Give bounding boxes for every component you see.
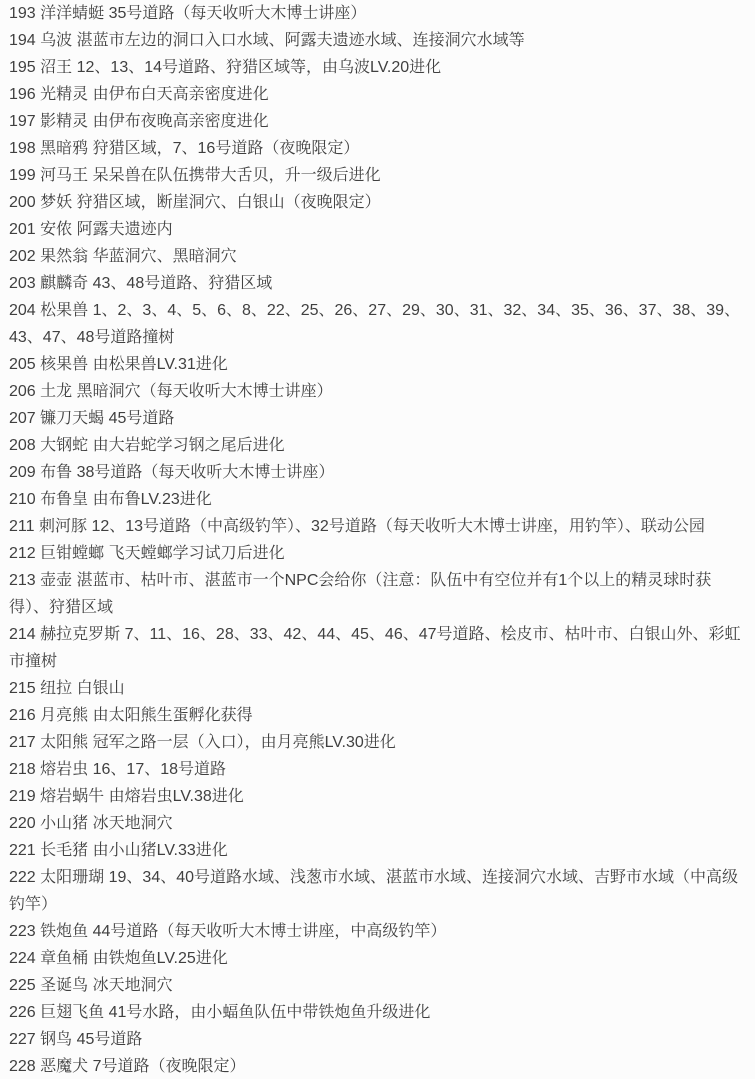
entry-name: 章鱼桶 (40, 950, 88, 967)
entry-number: 208 (9, 437, 36, 454)
entry-name: 安侬 (40, 221, 72, 238)
entry-number: 219 (9, 788, 36, 805)
entry-number: 196 (9, 86, 36, 103)
entry-name: 熔岩虫 (40, 761, 88, 778)
entry-location: 7号道路（夜晚限定） (93, 1058, 246, 1075)
entry-name: 果然翁 (40, 248, 88, 265)
entry-number: 200 (9, 194, 36, 211)
pokedex-entry: 198 黑暗鸦 狩猎区域，7、16号道路（夜晚限定） (9, 135, 747, 162)
entry-number: 207 (9, 410, 36, 427)
entry-name: 布鲁 (40, 464, 72, 481)
entry-name: 麒麟奇 (40, 275, 88, 292)
pokedex-entry: 228 恶魔犬 7号道路（夜晚限定） (9, 1053, 747, 1079)
pokedex-entry: 221 长毛猪 由小山猪LV.33进化 (9, 837, 747, 864)
entry-number: 210 (9, 491, 36, 508)
entry-location: 由小山猪LV.33进化 (93, 842, 228, 859)
entry-name: 铁炮鱼 (40, 923, 88, 940)
entry-name: 洋洋蜻蜓 (40, 5, 104, 22)
entry-number: 215 (9, 680, 36, 697)
entry-name: 太阳珊瑚 (40, 869, 104, 886)
entry-number: 206 (9, 383, 36, 400)
pokedex-entry: 205 核果兽 由松果兽LV.31进化 (9, 351, 747, 378)
pokedex-entry: 215 纽拉 白银山 (9, 675, 747, 702)
entry-location: 12、13号道路（中高级钓竿）、32号道路（每天收听大木博士讲座，用钓竿）、联动… (91, 518, 704, 535)
pokedex-entry: 224 章鱼桶 由铁炮鱼LV.25进化 (9, 945, 747, 972)
entry-number: 209 (9, 464, 36, 481)
pokedex-entry: 220 小山猪 冰天地洞穴 (9, 810, 747, 837)
entry-location: 由太阳熊生蛋孵化获得 (93, 707, 253, 724)
pokemon-location-list: 193 洋洋蜻蜓 35号道路（每天收听大木博士讲座）194 乌波 湛蓝市左边的洞… (9, 0, 747, 1079)
entry-name: 钢鸟 (40, 1031, 72, 1048)
pokedex-entry: 218 熔岩虫 16、17、18号道路 (9, 756, 747, 783)
entry-name: 熔岩蜗牛 (40, 788, 104, 805)
entry-location: 飞天螳螂学习试刀后进化 (109, 545, 285, 562)
pokedex-entry: 202 果然翁 华蓝洞穴、黑暗洞穴 (9, 243, 747, 270)
pokedex-entry: 212 巨钳螳螂 飞天螳螂学习试刀后进化 (9, 540, 747, 567)
entry-number: 195 (9, 59, 36, 76)
entry-number: 224 (9, 950, 36, 967)
entry-location: 12、13、14号道路、狩猎区域等，由乌波LV.20进化 (77, 59, 442, 76)
entry-location: 45号道路 (109, 410, 175, 427)
entry-location: 16、17、18号道路 (93, 761, 226, 778)
entry-number: 193 (9, 5, 36, 22)
pokedex-entry: 193 洋洋蜻蜓 35号道路（每天收听大木博士讲座） (9, 0, 747, 27)
entry-location: 41号水路，由小蝠鱼队伍中带铁炮鱼升级进化 (109, 1004, 431, 1021)
entry-name: 光精灵 (40, 86, 88, 103)
entry-location: 19、34、40号道路水域、浅葱市水域、湛蓝市水域、连接洞穴水域、吉野市水域（中… (9, 869, 738, 913)
pokedex-entry: 203 麒麟奇 43、48号道路、狩猎区域 (9, 270, 747, 297)
entry-location: 由铁炮鱼LV.25进化 (93, 950, 228, 967)
entry-name: 太阳熊 (40, 734, 88, 751)
pokedex-entry: 219 熔岩蜗牛 由熔岩虫LV.38进化 (9, 783, 747, 810)
entry-location: 湛蓝市左边的洞口入口水域、阿露夫遗迹水域、连接洞穴水域等 (77, 32, 525, 49)
entry-location: 45号道路 (77, 1031, 143, 1048)
entry-name: 河马王 (40, 167, 88, 184)
pokedex-entry: 222 太阳珊瑚 19、34、40号道路水域、浅葱市水域、湛蓝市水域、连接洞穴水… (9, 864, 747, 918)
pokedex-entry: 217 太阳熊 冠军之路一层（入口），由月亮熊LV.30进化 (9, 729, 747, 756)
entry-number: 203 (9, 275, 36, 292)
pokedex-entry: 208 大钢蛇 由大岩蛇学习钢之尾后进化 (9, 432, 747, 459)
pokedex-entry: 196 光精灵 由伊布白天高亲密度进化 (9, 81, 747, 108)
entry-number: 214 (9, 626, 36, 643)
pokedex-entry: 200 梦妖 狩猎区域，断崖洞穴、白银山（夜晚限定） (9, 189, 747, 216)
entry-number: 201 (9, 221, 36, 238)
entry-number: 212 (9, 545, 36, 562)
entry-name: 黑暗鸦 (40, 140, 88, 157)
entry-number: 217 (9, 734, 36, 751)
entry-name: 布鲁皇 (40, 491, 88, 508)
entry-number: 194 (9, 32, 36, 49)
pokedex-entry: 199 河马王 呆呆兽在队伍携带大舌贝，升一级后进化 (9, 162, 747, 189)
entry-number: 197 (9, 113, 36, 130)
pokedex-entry: 216 月亮熊 由太阳熊生蛋孵化获得 (9, 702, 747, 729)
entry-number: 202 (9, 248, 36, 265)
entry-location: 43、48号道路、狩猎区域 (93, 275, 273, 292)
entry-number: 228 (9, 1058, 36, 1075)
entry-location: 华蓝洞穴、黑暗洞穴 (93, 248, 237, 265)
entry-location: 阿露夫遗迹内 (77, 221, 173, 238)
entry-name: 大钢蛇 (40, 437, 88, 454)
entry-number: 223 (9, 923, 36, 940)
entry-location: 冠军之路一层（入口），由月亮熊LV.30进化 (93, 734, 396, 751)
entry-number: 211 (9, 518, 35, 535)
entry-name: 小山猪 (40, 815, 88, 832)
entry-number: 204 (9, 302, 36, 319)
pokedex-entry: 214 赫拉克罗斯 7、11、16、28、33、42、44、45、46、47号道… (9, 621, 747, 675)
entry-number: 221 (9, 842, 36, 859)
entry-name: 长毛猪 (40, 842, 88, 859)
entry-name: 核果兽 (40, 356, 88, 373)
entry-name: 月亮熊 (40, 707, 88, 724)
entry-location: 44号道路（每天收听大木博士讲座，中高级钓竿） (93, 923, 447, 940)
pokedex-entry: 197 影精灵 由伊布夜晚高亲密度进化 (9, 108, 747, 135)
pokedex-entry: 213 壶壶 湛蓝市、枯叶市、湛蓝市一个NPC会给你（注意：队伍中有空位并有1个… (9, 567, 747, 621)
entry-location: 由松果兽LV.31进化 (93, 356, 228, 373)
entry-number: 199 (9, 167, 36, 184)
entry-location: 由熔岩虫LV.38进化 (109, 788, 244, 805)
pokedex-entry: 209 布鲁 38号道路（每天收听大木博士讲座） (9, 459, 747, 486)
entry-number: 227 (9, 1031, 36, 1048)
entry-name: 镰刀天蝎 (40, 410, 104, 427)
pokedex-entry: 225 圣诞鸟 冰天地洞穴 (9, 972, 747, 999)
pokedex-entry: 226 巨翅飞鱼 41号水路，由小蝠鱼队伍中带铁炮鱼升级进化 (9, 999, 747, 1026)
pokedex-entry: 206 土龙 黑暗洞穴（每天收听大木博士讲座） (9, 378, 747, 405)
entry-location: 湛蓝市、枯叶市、湛蓝市一个NPC会给你（注意：队伍中有空位并有1个以上的精灵球时… (9, 572, 711, 616)
entry-location: 冰天地洞穴 (93, 815, 173, 832)
pokedex-entry: 204 松果兽 1、2、3、4、5、6、8、22、25、26、27、29、30、… (9, 297, 747, 351)
entry-number: 226 (9, 1004, 36, 1021)
entry-location: 35号道路（每天收听大木博士讲座） (109, 5, 367, 22)
pokedex-entry: 227 钢鸟 45号道路 (9, 1026, 747, 1053)
entry-name: 影精灵 (40, 113, 88, 130)
entry-location: 由大岩蛇学习钢之尾后进化 (93, 437, 285, 454)
pokedex-entry: 223 铁炮鱼 44号道路（每天收听大木博士讲座，中高级钓竿） (9, 918, 747, 945)
pokedex-entry: 211 刺河豚 12、13号道路（中高级钓竿）、32号道路（每天收听大木博士讲座… (9, 513, 747, 540)
pokedex-entry: 207 镰刀天蝎 45号道路 (9, 405, 747, 432)
entry-name: 赫拉克罗斯 (40, 626, 120, 643)
entry-number: 205 (9, 356, 36, 373)
entry-location: 黑暗洞穴（每天收听大木博士讲座） (77, 383, 333, 400)
entry-number: 216 (9, 707, 36, 724)
entry-name: 松果兽 (40, 302, 88, 319)
entry-name: 纽拉 (40, 680, 72, 697)
entry-location: 冰天地洞穴 (93, 977, 173, 994)
entry-name: 刺河豚 (39, 518, 87, 535)
entry-number: 222 (9, 869, 36, 886)
entry-location: 呆呆兽在队伍携带大舌贝，升一级后进化 (93, 167, 381, 184)
pokedex-entry: 201 安侬 阿露夫遗迹内 (9, 216, 747, 243)
entry-location: 狩猎区域，7、16号道路（夜晚限定） (93, 140, 360, 157)
pokedex-entry: 210 布鲁皇 由布鲁LV.23进化 (9, 486, 747, 513)
entry-number: 198 (9, 140, 36, 157)
entry-name: 壶壶 (40, 572, 72, 589)
page: 193 洋洋蜻蜓 35号道路（每天收听大木博士讲座）194 乌波 湛蓝市左边的洞… (0, 0, 755, 1079)
entry-name: 土龙 (40, 383, 72, 400)
entry-name: 乌波 (40, 32, 72, 49)
entry-name: 恶魔犬 (40, 1058, 88, 1075)
pokedex-entry: 195 沼王 12、13、14号道路、狩猎区域等，由乌波LV.20进化 (9, 54, 747, 81)
entry-location: 狩猎区域，断崖洞穴、白银山（夜晚限定） (77, 194, 381, 211)
entry-location: 由伊布白天高亲密度进化 (93, 86, 269, 103)
entry-name: 巨钳螳螂 (40, 545, 104, 562)
entry-number: 225 (9, 977, 36, 994)
entry-location: 1、2、3、4、5、6、8、22、25、26、27、29、30、31、32、34… (9, 302, 740, 346)
entry-name: 梦妖 (40, 194, 72, 211)
entry-location: 38号道路（每天收听大木博士讲座） (77, 464, 335, 481)
entry-name: 沼王 (40, 59, 72, 76)
entry-number: 218 (9, 761, 36, 778)
entry-location: 白银山 (77, 680, 125, 697)
entry-location: 由伊布夜晚高亲密度进化 (93, 113, 269, 130)
entry-name: 圣诞鸟 (40, 977, 88, 994)
entry-number: 213 (9, 572, 36, 589)
entry-number: 220 (9, 815, 36, 832)
entry-location: 由布鲁LV.23进化 (93, 491, 212, 508)
pokedex-entry: 194 乌波 湛蓝市左边的洞口入口水域、阿露夫遗迹水域、连接洞穴水域等 (9, 27, 747, 54)
entry-name: 巨翅飞鱼 (40, 1004, 104, 1021)
